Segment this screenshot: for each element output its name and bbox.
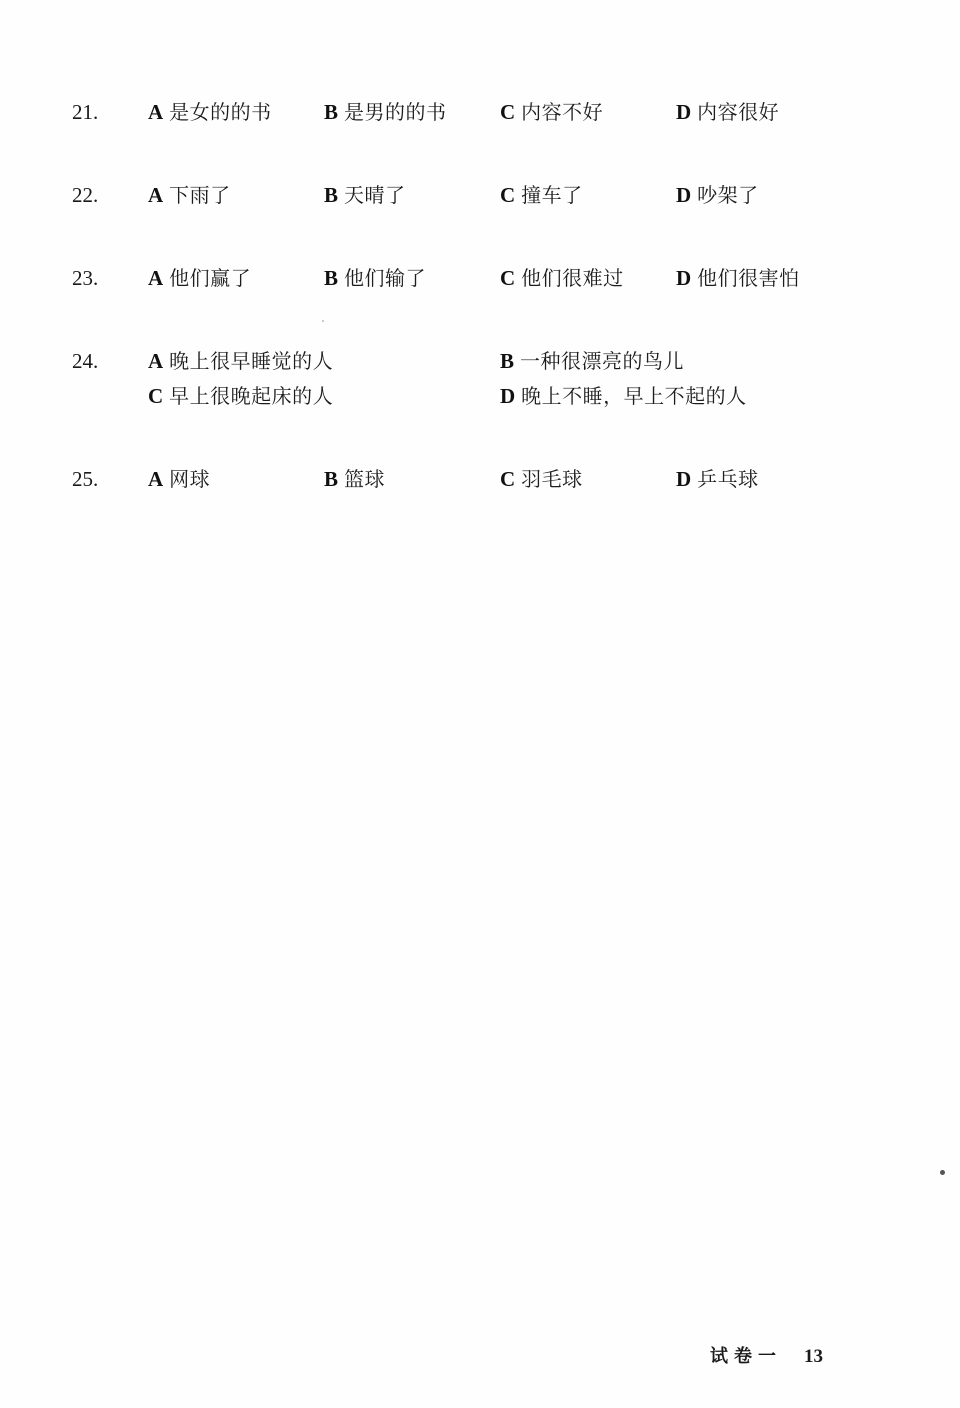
option-text: 下雨了 [169, 183, 231, 207]
option-d: D晚上不睡，早上不起的人 [500, 383, 747, 409]
option-letter: C [500, 467, 515, 491]
option-letter: A [148, 467, 163, 491]
option-a: A下雨了 [148, 182, 231, 208]
option-letter: B [324, 266, 338, 290]
option-text: 撞车了 [521, 183, 583, 207]
option-d: D乒乓球 [676, 466, 759, 492]
option-c: C撞车了 [500, 182, 583, 208]
option-letter: D [676, 467, 691, 491]
option-letter: D [676, 183, 691, 207]
option-d: D他们很害怕 [676, 265, 800, 291]
question-number: 23. [72, 265, 98, 291]
question-number: 24. [72, 348, 98, 374]
page-number: 13 [804, 1346, 823, 1367]
option-d: D吵架了 [676, 182, 759, 208]
option-text: 晚上很早睡觉的人 [169, 349, 333, 373]
scan-speck [322, 320, 324, 322]
question-number: 21. [72, 99, 98, 125]
option-letter: A [148, 183, 163, 207]
section-title: 试卷一 [710, 1346, 782, 1367]
question-25: 25. A网球 B篮球 C羽毛球 D乒乓球 [0, 466, 960, 506]
option-b: B他们输了 [324, 265, 426, 291]
scan-speck [940, 1170, 945, 1175]
option-b: B是男的的书 [324, 99, 447, 125]
option-c: C早上很晚起床的人 [148, 383, 333, 409]
option-text: 他们很害怕 [697, 266, 800, 290]
option-letter: B [324, 467, 338, 491]
option-text: 内容很好 [697, 100, 779, 124]
option-c: C他们很难过 [500, 265, 624, 291]
option-text: 篮球 [344, 467, 385, 491]
option-a: A他们赢了 [148, 265, 251, 291]
option-letter: D [500, 384, 515, 408]
option-text: 一种很漂亮的鸟儿 [520, 349, 684, 373]
option-b: B天晴了 [324, 182, 406, 208]
question-22: 22. A下雨了 B天晴了 C撞车了 D吵架了 [0, 182, 960, 222]
option-letter: B [324, 100, 338, 124]
option-text: 早上很晚起床的人 [169, 384, 333, 408]
option-a: A晚上很早睡觉的人 [148, 348, 333, 374]
question-24: 24. A晚上很早睡觉的人 B一种很漂亮的鸟儿 C早上很晚起床的人 D晚上不睡，… [0, 348, 960, 423]
option-text: 是女的的书 [169, 100, 272, 124]
option-c: C羽毛球 [500, 466, 583, 492]
option-a: A是女的的书 [148, 99, 272, 125]
option-text: 他们赢了 [169, 266, 251, 290]
question-23: 23. A他们赢了 B他们输了 C他们很难过 D他们很害怕 [0, 265, 960, 305]
option-d: D内容很好 [676, 99, 779, 125]
option-letter: B [324, 183, 338, 207]
option-letter: C [148, 384, 163, 408]
option-letter: B [500, 349, 514, 373]
option-text: 网球 [169, 467, 210, 491]
option-text: 是男的的书 [344, 100, 447, 124]
option-letter: D [676, 266, 691, 290]
option-letter: A [148, 100, 163, 124]
option-b: B一种很漂亮的鸟儿 [500, 348, 684, 374]
option-text: 他们输了 [344, 266, 426, 290]
option-c: C内容不好 [500, 99, 603, 125]
option-letter: C [500, 100, 515, 124]
option-text: 天晴了 [344, 183, 406, 207]
option-letter: C [500, 266, 515, 290]
page-footer: 试卷一13 [710, 1345, 823, 1369]
option-text: 内容不好 [521, 100, 603, 124]
question-number: 22. [72, 182, 98, 208]
option-text: 乒乓球 [697, 467, 759, 491]
option-letter: D [676, 100, 691, 124]
option-text: 吵架了 [697, 183, 759, 207]
option-text: 晚上不睡，早上不起的人 [521, 384, 747, 408]
option-letter: C [500, 183, 515, 207]
option-text: 羽毛球 [521, 467, 583, 491]
question-21: 21. A是女的的书 B是男的的书 C内容不好 D内容很好 [0, 99, 960, 139]
option-letter: A [148, 266, 163, 290]
option-letter: A [148, 349, 163, 373]
option-b: B篮球 [324, 466, 385, 492]
option-a: A网球 [148, 466, 210, 492]
option-text: 他们很难过 [521, 266, 624, 290]
question-number: 25. [72, 466, 98, 492]
